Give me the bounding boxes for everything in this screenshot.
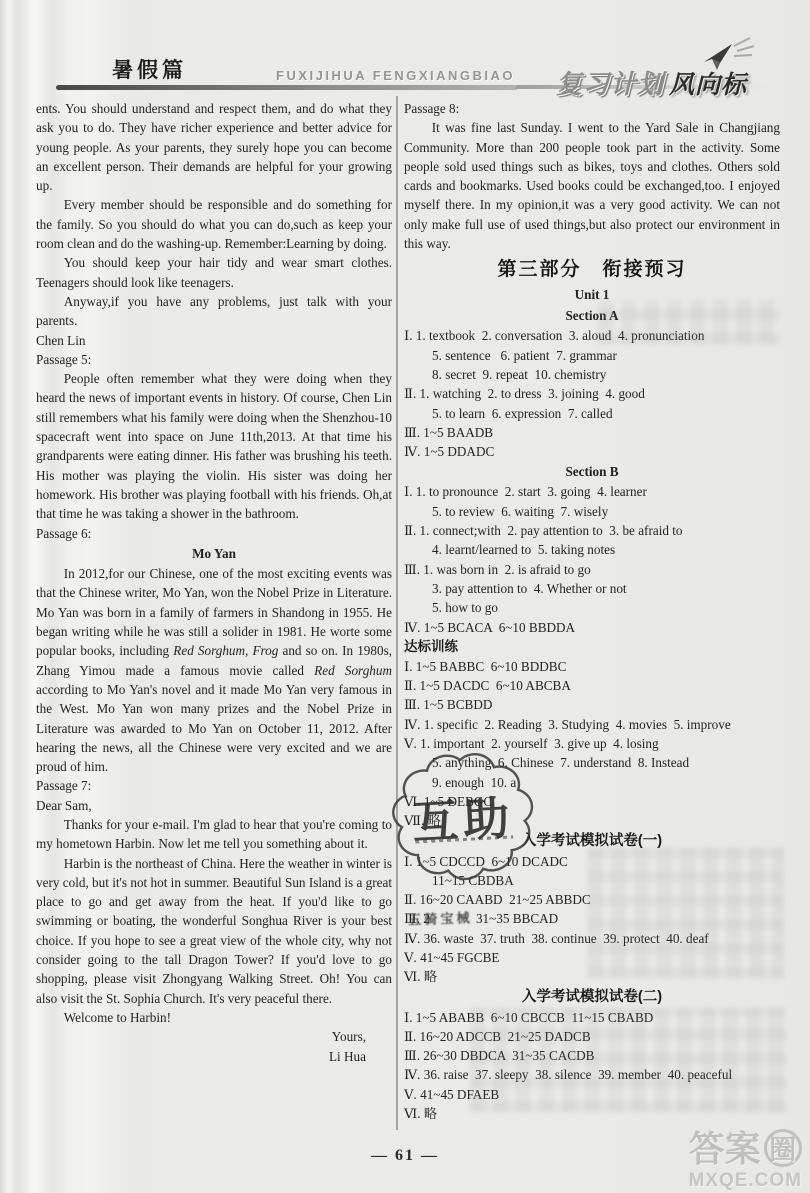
text-line: Passage 5: (36, 350, 392, 369)
paragraph: Anyway,if you have any problems, just ta… (36, 292, 392, 331)
answer-line: Ⅰ. 1~5 ABABB 6~10 CBCCB 11~15 CBABD (404, 1008, 780, 1027)
answer-line-continuation: 8. secret 9. repeat 10. chemistry (404, 365, 780, 384)
answer-line-continuation: 5. anything 6. Chinese 7. understand 8. … (404, 753, 780, 772)
bleed-through-marks: 五骑宝械 (430, 909, 473, 930)
paragraph: Welcome to Harbin! (36, 1008, 392, 1027)
paragraph: ents. You should understand and respect … (36, 99, 392, 195)
answer-line: Ⅶ. 略 (404, 811, 780, 830)
paragraph: Every member should be responsible and d… (36, 195, 392, 253)
paragraph: People often remember what they were doi… (36, 369, 392, 523)
answer-line-continuation: 11~15 CBDBA (404, 871, 780, 890)
answer-line: Ⅰ. 1~5 BABBC 6~10 BDDBC (404, 657, 780, 676)
answer-line: Ⅵ. 略 (404, 967, 780, 986)
answer-line: Ⅱ. 16~20 CAABD 21~25 ABBDC (404, 890, 780, 909)
text-line: Passage 7: (36, 776, 392, 795)
watermark-circle-glyph: 圈 (764, 1129, 802, 1167)
section-heading: Section B (404, 461, 780, 482)
text-line: Dear Sam, (36, 796, 392, 815)
answer-line-continuation: 4. learnt/learned to 5. taking notes (404, 540, 780, 559)
answer-line: Ⅲ. 1. was born in 2. is afraid to go (404, 560, 780, 579)
answer-line: Ⅳ. 1. specific 2. Reading 3. Studying 4.… (404, 715, 780, 734)
answer-line: Ⅰ. 1. to pronounce 2. start 3. going 4. … (404, 482, 780, 501)
watermark-site: MXQE.COM (688, 1169, 802, 1193)
answer-line: Ⅱ. 1. watching 2. to dress 3. joining 4.… (404, 384, 780, 403)
paragraph: Thanks for your e-mail. I'm glad to hear… (36, 815, 392, 854)
header-rule (56, 85, 518, 90)
answer-line-continuation: 9. enough 10. a (404, 773, 780, 792)
italic-title: Red Sorghum (314, 663, 392, 678)
exam-title: 入学考试模拟试卷(二) (404, 987, 780, 1008)
text-line: Passage 8: (404, 99, 780, 118)
answer-line: Ⅴ. 41~45 DFAEB (404, 1085, 780, 1104)
paragraph: It was fine last Sunday. I went to the Y… (404, 118, 780, 253)
answer-line: Ⅲ. 1~5 BCBDD (404, 695, 780, 714)
workbook-scan-page: 暑假篇 FUXIJIHUA FENGXIANGBIAO 复习计划风向标 ents… (0, 0, 810, 1193)
answer-line: Ⅳ. 1~5 DDADC (404, 442, 780, 461)
answer-line-continuation: 3. pay attention to 4. Whether or not (404, 579, 780, 598)
part-heading: 第三部分 衔接预习 (404, 256, 780, 284)
text-line: Chen Lin (36, 331, 392, 350)
passage-title: Mo Yan (36, 544, 392, 563)
answer-line: Ⅲ. 26~30 DBDCA 31~35 CACDB (404, 1046, 780, 1065)
answer-line-continuation: 5. how to go (404, 598, 780, 617)
answer-line-continuation: 5. to review 6. waiting 7. wisely (404, 502, 780, 521)
italic-title: Frog (252, 643, 278, 658)
logo-text: 复习计划风向标 (556, 64, 747, 101)
column-divider (396, 96, 398, 1130)
answer-line: Ⅲ. 2五骑宝械 31~35 BBCAD (404, 909, 780, 928)
answer-line-continuation: 5. to learn 6. expression 7. called (404, 404, 780, 423)
paragraph: Harbin is the northeast of China. Here t… (36, 854, 392, 1008)
section-heading: Unit 1 (404, 284, 780, 305)
answer-line: Ⅳ. 36. raise 37. sleepy 38. silence 39. … (404, 1065, 780, 1084)
answer-line: Ⅱ. 1. connect;with 2. pay attention to 3… (404, 521, 780, 540)
answer-line: Ⅴ. 1. important 2. yourself 3. give up 4… (404, 734, 780, 753)
series-title: FUXIJIHUA FENGXIANGBIAO (276, 68, 515, 83)
edition-tab: 暑假篇 (112, 54, 187, 84)
answer-line: Ⅱ. 16~20 ADCCB 21~25 DADCB (404, 1027, 780, 1046)
left-column: ents. You should understand and respect … (36, 99, 392, 1066)
answer-line: Ⅴ. 41~45 FGCBE (404, 948, 780, 967)
paragraph: In 2012,for our Chinese, one of the most… (36, 564, 392, 776)
answer-line: Ⅳ. 1~5 BCACA 6~10 BBDDA (404, 618, 780, 637)
watermark-brand: 答案圈 (688, 1129, 802, 1169)
text-line: Passage 6: (36, 524, 392, 543)
italic-title: Red Sorghum (173, 643, 245, 658)
training-heading: 达标训练 (404, 637, 780, 657)
answer-line: Ⅰ. 1~5 CDCCD 6~10 DCADC (404, 852, 780, 871)
right-column: Passage 8:It was fine last Sunday. I wen… (404, 99, 780, 1123)
signature-line: Yours, (36, 1027, 392, 1046)
logo-part2: 风向标 (669, 71, 747, 99)
signature-line: Li Hua (36, 1047, 392, 1066)
answer-line: Ⅳ. 36. waste 37. truth 38. continue 39. … (404, 929, 780, 948)
answer-line: Ⅰ. 1. textbook 2. conversation 3. aloud … (404, 326, 780, 345)
answer-line-continuation: 5. sentence 6. patient 7. grammar (404, 346, 780, 365)
answer-site-watermark: 答案圈 MXQE.COM (688, 1129, 802, 1193)
answer-line: Ⅵ. 略 (404, 1104, 780, 1123)
paragraph: You should keep your hair tidy and wear … (36, 253, 392, 292)
logo-part1: 复习计划 (556, 69, 664, 99)
answer-line: Ⅲ. 1~5 BAADB (404, 423, 780, 442)
brand-logo: 复习计划风向标 (556, 52, 788, 98)
watermark-text: 答案 (689, 1128, 761, 1169)
answer-line: Ⅱ. 1~5 DACDC 6~10 ABCBA (404, 676, 780, 695)
exam-title: 入学考试模拟试卷(一) (404, 831, 780, 852)
section-heading: Section A (404, 305, 780, 326)
answer-line: Ⅵ. 1~5 DEBGC (404, 792, 780, 811)
